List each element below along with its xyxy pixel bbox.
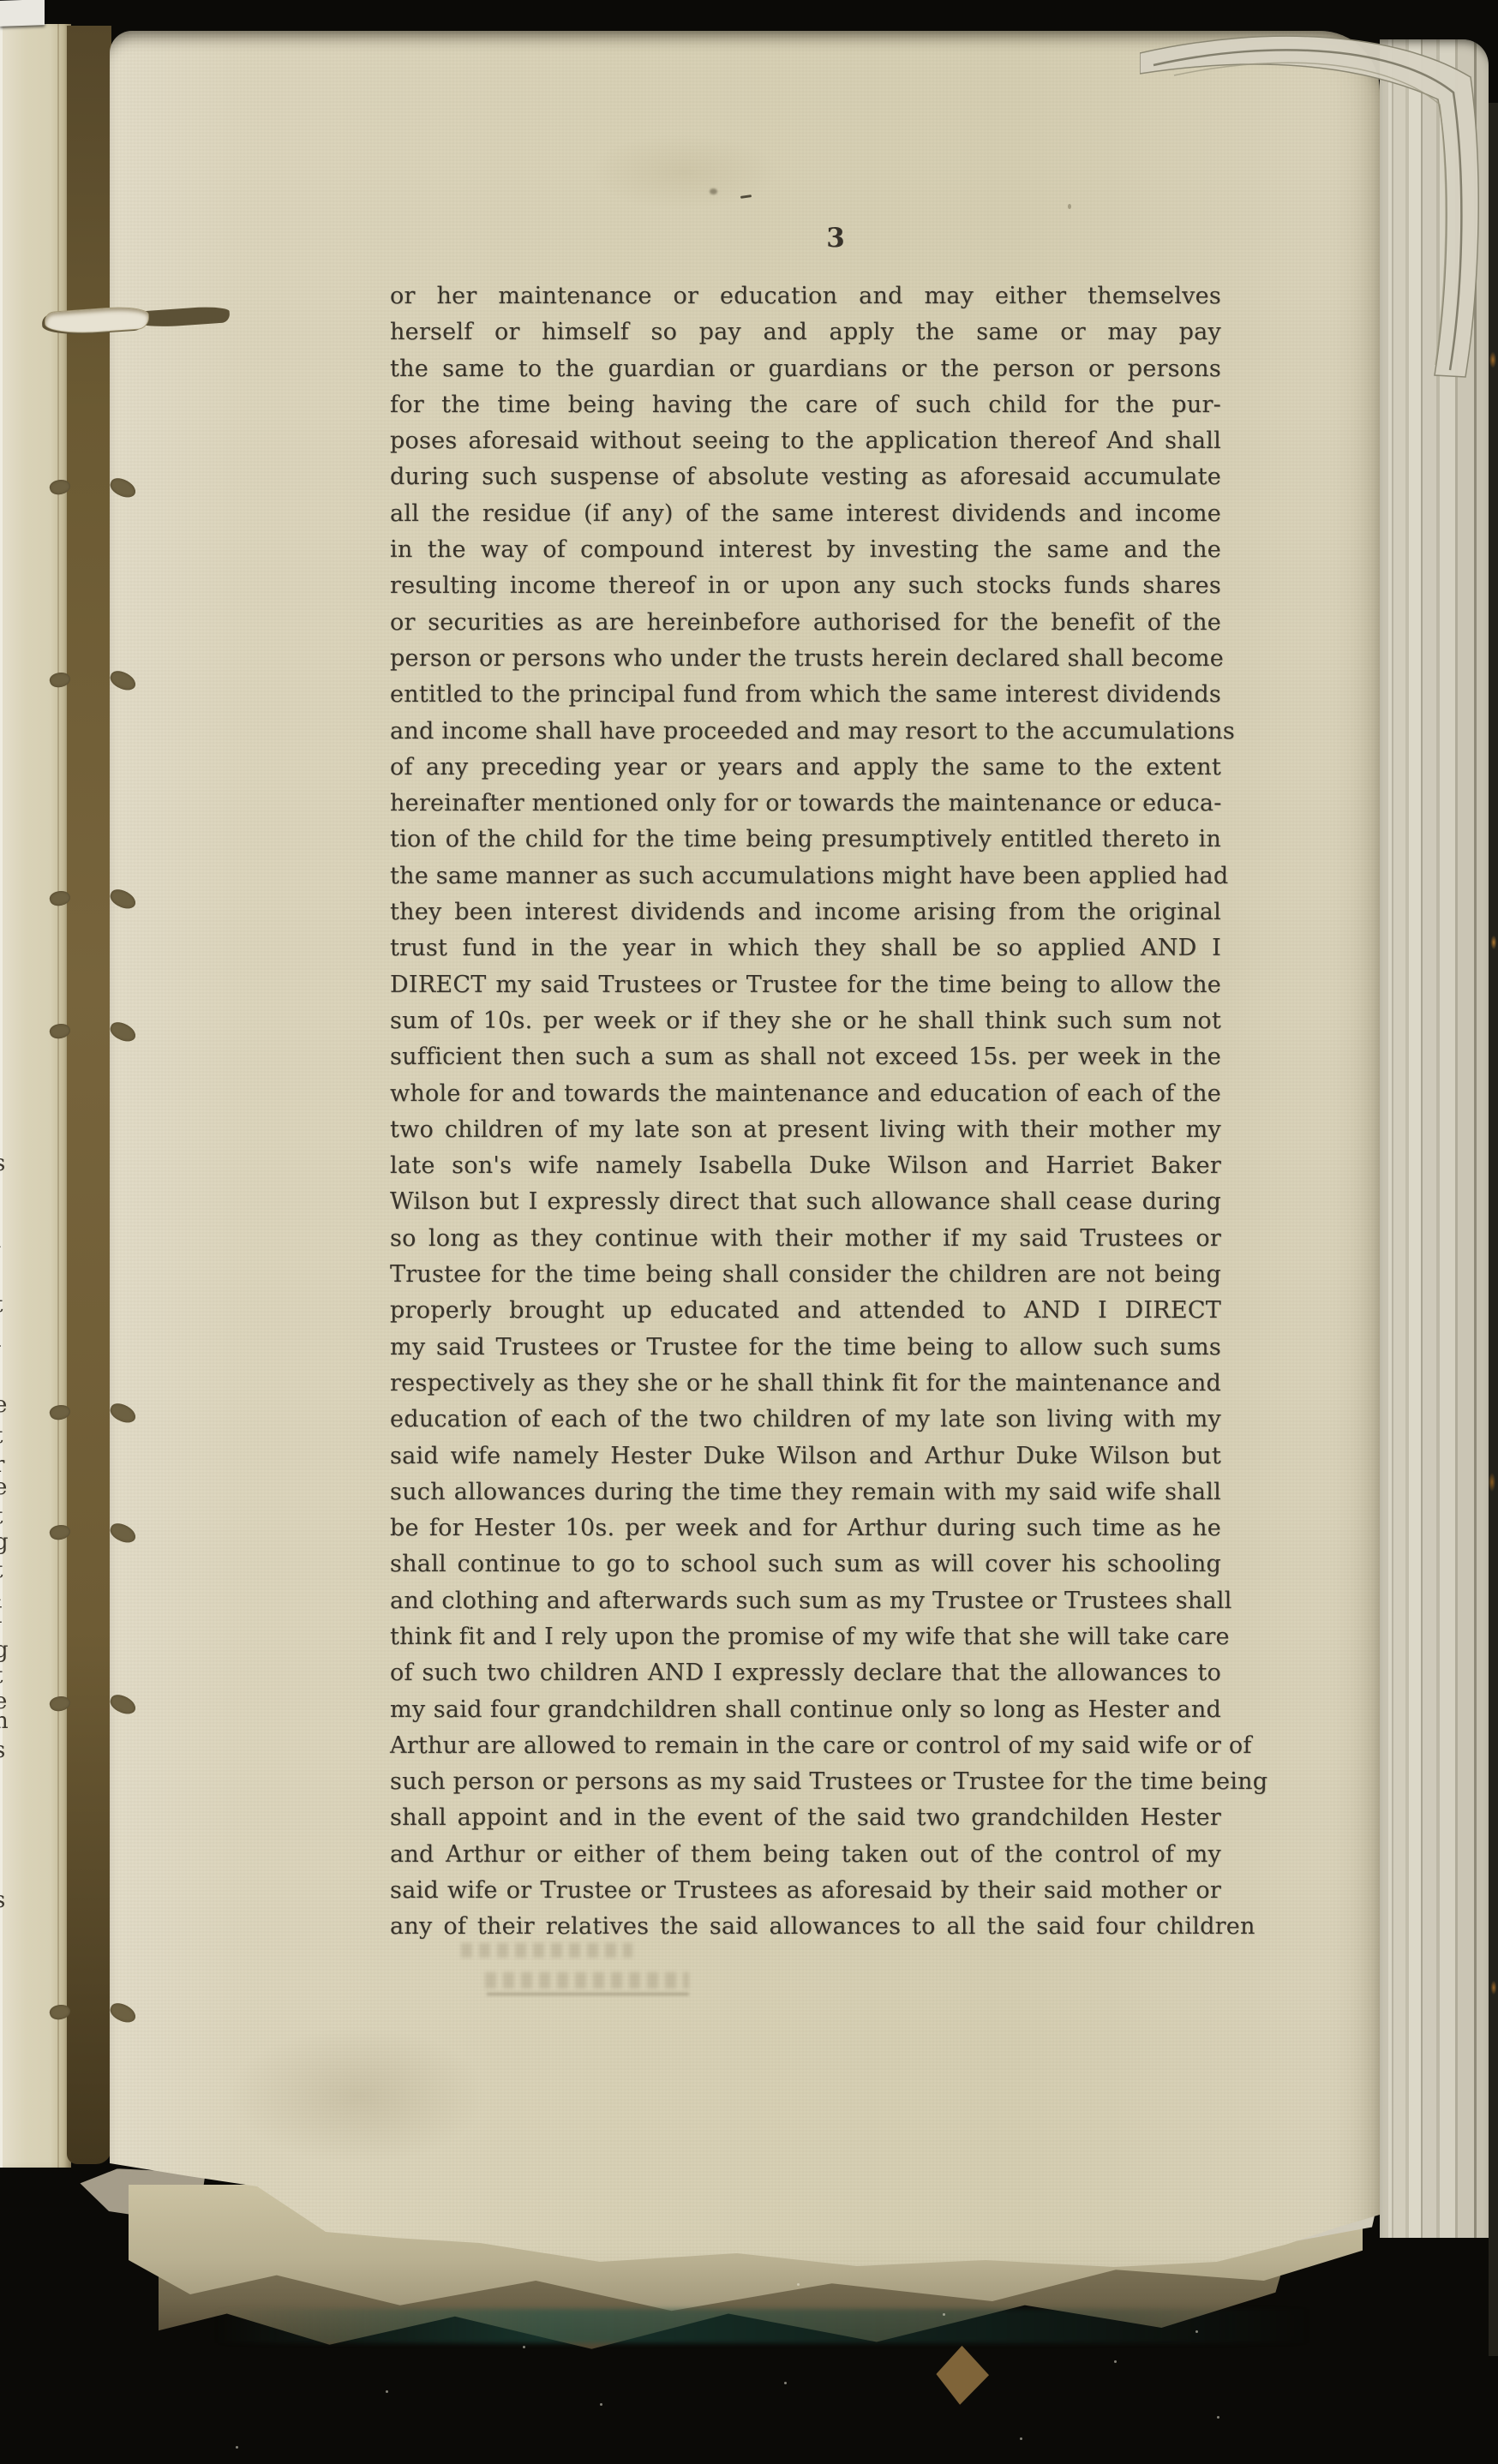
text-line: the same manner as such accumulations mi… xyxy=(390,858,1221,894)
text-line: person or persons who under the trusts h… xyxy=(390,641,1221,677)
edge-text-glyph: g xyxy=(0,1639,15,1661)
ink-speck xyxy=(1068,204,1071,209)
debris-fragment xyxy=(929,2341,996,2411)
curled-page-corner xyxy=(1140,24,1498,384)
dust-speck xyxy=(236,2446,238,2449)
bleed-through-text xyxy=(485,1972,689,1989)
text-line: sufficient then such a sum as shall not … xyxy=(390,1039,1221,1075)
text-line: for the time being having the care of su… xyxy=(390,387,1221,423)
text-line: DIRECT my said Trustees or Trustee for t… xyxy=(390,967,1221,1003)
text-line: said wife namely Hester Duke Wilson and … xyxy=(390,1438,1221,1474)
text-line: any of their relatives the said allowanc… xyxy=(390,1909,1221,1945)
edge-text-glyph: t xyxy=(0,1559,15,1582)
text-line: respectively as they she or he shall thi… xyxy=(390,1366,1221,1402)
body-text: or her maintenance or education and may … xyxy=(390,278,1221,1946)
edge-text-glyph: n xyxy=(0,1710,15,1732)
text-line: Wilson but I expressly direct that such … xyxy=(390,1184,1221,1220)
book-scan-photo: { "document": { "page_number": "3", "lin… xyxy=(0,0,1498,2464)
text-line: education of each of the two children of… xyxy=(390,1402,1221,1438)
edge-text-glyph: l xyxy=(0,1582,15,1605)
text-line: and clothing and afterwards such sum as … xyxy=(390,1583,1221,1619)
edge-text-glyph: s xyxy=(0,1152,15,1175)
dust-speck xyxy=(1195,2330,1198,2333)
paper-stain xyxy=(590,134,778,211)
edge-text-glyph: - xyxy=(0,1334,15,1356)
edge-text-glyph: l xyxy=(0,1229,15,1252)
text-line: whole for and towards the maintenance an… xyxy=(390,1076,1221,1112)
dust-speck xyxy=(784,2382,787,2384)
text-line: the same to the guardian or guardians or… xyxy=(390,351,1221,387)
text-line: my said Trustees or Trustee for the time… xyxy=(390,1330,1221,1366)
edge-text-glyph: s xyxy=(0,1889,15,1911)
text-line: my said four grandchildren shall continu… xyxy=(390,1692,1221,1728)
page-crease xyxy=(57,24,59,2168)
facing-page-edge xyxy=(0,24,71,2168)
dust-speck xyxy=(386,2390,388,2393)
text-line: resulting income thereof in or upon any … xyxy=(390,568,1221,604)
edge-text-glyph: I xyxy=(0,1605,15,1627)
ink-speck xyxy=(740,194,752,199)
text-line: all the residue (if any) of the same int… xyxy=(390,496,1221,532)
edge-text-glyph: e xyxy=(0,1394,15,1416)
book-cover-edge xyxy=(1489,103,1498,2356)
text-line: such person or persons as my said Truste… xyxy=(390,1764,1221,1800)
paper-slip xyxy=(0,0,45,27)
dust-speck xyxy=(1217,2416,1219,2419)
edge-text-glyph: t xyxy=(0,1505,15,1528)
text-line: two children of my late son at present l… xyxy=(390,1112,1221,1148)
page-number: 3 xyxy=(826,223,845,254)
edge-text-glyph: t xyxy=(0,1294,15,1316)
text-line: late son's wife namely Isabella Duke Wil… xyxy=(390,1148,1221,1184)
edge-text-glyph: g xyxy=(0,1531,15,1553)
text-line: such allowances during the time they rem… xyxy=(390,1474,1221,1510)
edge-text-glyph: r xyxy=(0,1454,15,1476)
text-line: hereinafter mentioned only for or toward… xyxy=(390,786,1221,822)
text-line: poses aforesaid without seeing to the ap… xyxy=(390,423,1221,459)
bleed-through-underline xyxy=(487,1993,689,1995)
text-line: they been interest dividends and income … xyxy=(390,894,1221,930)
text-line: and Arthur or either of them being taken… xyxy=(390,1837,1221,1873)
text-line: Trustee for the time being shall conside… xyxy=(390,1257,1221,1293)
text-line: of any preceding year or years and apply… xyxy=(390,750,1221,786)
text-line: or securities as are hereinbefore author… xyxy=(390,605,1221,641)
text-line: and income shall have proceeded and may … xyxy=(390,714,1221,750)
dust-speck xyxy=(600,2403,602,2406)
text-line: herself or himself so pay and apply the … xyxy=(390,314,1221,350)
edge-text-glyph: s xyxy=(0,1739,15,1761)
text-line: during such suspense of absolute vesting… xyxy=(390,459,1221,495)
text-line: so long as they continue with their moth… xyxy=(390,1221,1221,1257)
text-line: shall appoint and in the event of the sa… xyxy=(390,1800,1221,1836)
dust-speck xyxy=(943,2313,945,2316)
text-line: tion of the child for the time being pre… xyxy=(390,822,1221,858)
book-gutter xyxy=(67,26,111,2164)
text-line: properly brought up educated and attende… xyxy=(390,1293,1221,1329)
text-line: or her maintenance or education and may … xyxy=(390,278,1221,314)
text-line: entitled to the principal fund from whic… xyxy=(390,677,1221,713)
dust-speck xyxy=(1114,2360,1117,2363)
text-line: said wife or Trustee or Trustees as afor… xyxy=(390,1873,1221,1909)
text-line: in the way of compound interest by inves… xyxy=(390,532,1221,568)
text-line: shall continue to go to school such sum … xyxy=(390,1546,1221,1582)
ink-speck xyxy=(710,188,717,194)
paper-stain xyxy=(230,2027,487,2164)
text-line: Arthur are allowed to remain in the care… xyxy=(390,1728,1221,1764)
text-line: of such two children AND I expressly dec… xyxy=(390,1655,1221,1691)
edge-text-glyph: , xyxy=(0,1058,15,1080)
text-line: think fit and I rely upon the promise of… xyxy=(390,1619,1221,1655)
dust-speck xyxy=(797,2283,800,2286)
edge-text-glyph: e xyxy=(0,1476,15,1498)
edge-text-glyph: t xyxy=(0,1425,15,1447)
cover-sheen xyxy=(214,2309,1311,2343)
text-line: sum of 10s. per week or if they she or h… xyxy=(390,1003,1221,1039)
text-line: be for Hester 10s. per week and for Arth… xyxy=(390,1510,1221,1546)
edge-text-glyph: t xyxy=(0,1665,15,1687)
dust-speck xyxy=(523,2346,525,2348)
text-line: trust fund in the year in which they sha… xyxy=(390,930,1221,966)
dust-speck xyxy=(1020,2437,1022,2440)
